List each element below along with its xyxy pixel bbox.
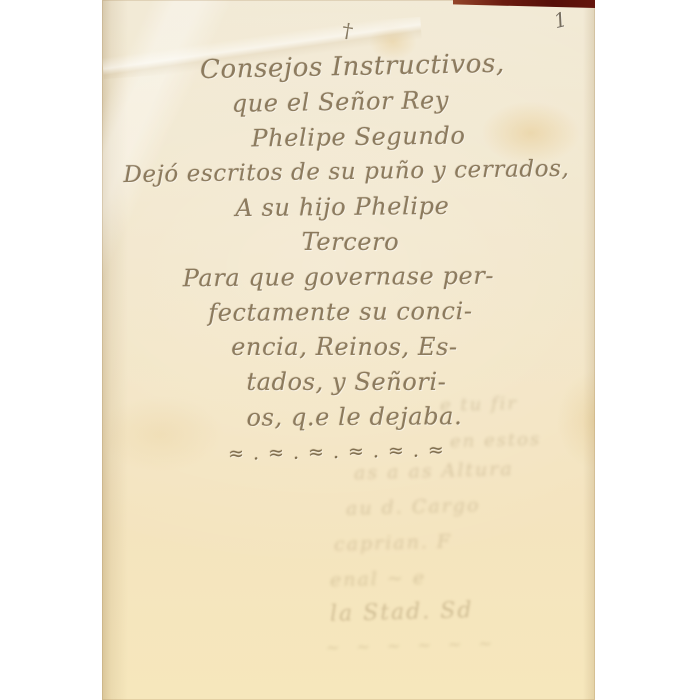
manuscript-text: Consejos Instructivos, que el Señor Rey … xyxy=(102,50,595,470)
showthrough-line: ~ ~ ~ ~ ~ ~ xyxy=(326,634,498,657)
text-line: tados, y Señori- xyxy=(100,365,593,400)
text-line: encia, Reinos, Es- xyxy=(98,330,591,365)
text-line: A su hijo Phelipe xyxy=(96,187,589,227)
showthrough-line: enal ~ e xyxy=(330,567,427,592)
photo-of-manuscript: 1 † Consejos Instructivos, que el Señor … xyxy=(0,0,700,700)
cross-icon: † xyxy=(340,20,354,44)
page-number: 1 xyxy=(551,7,569,33)
book-cover-edge xyxy=(453,0,595,8)
showthrough-line: au d. Cargo xyxy=(346,494,481,520)
text-line: fectamente su conci- xyxy=(94,293,587,331)
showthrough-line: la Stad. Sd xyxy=(330,598,474,627)
flourish-row: ≈.≈.≈.≈.≈.≈ xyxy=(94,431,588,475)
showthrough-line: caprian. F xyxy=(334,530,453,555)
manuscript-page: 1 † Consejos Instructivos, que el Señor … xyxy=(102,0,595,700)
text-line: Tercero xyxy=(104,225,597,260)
text-line: Para que governase per- xyxy=(92,258,585,297)
